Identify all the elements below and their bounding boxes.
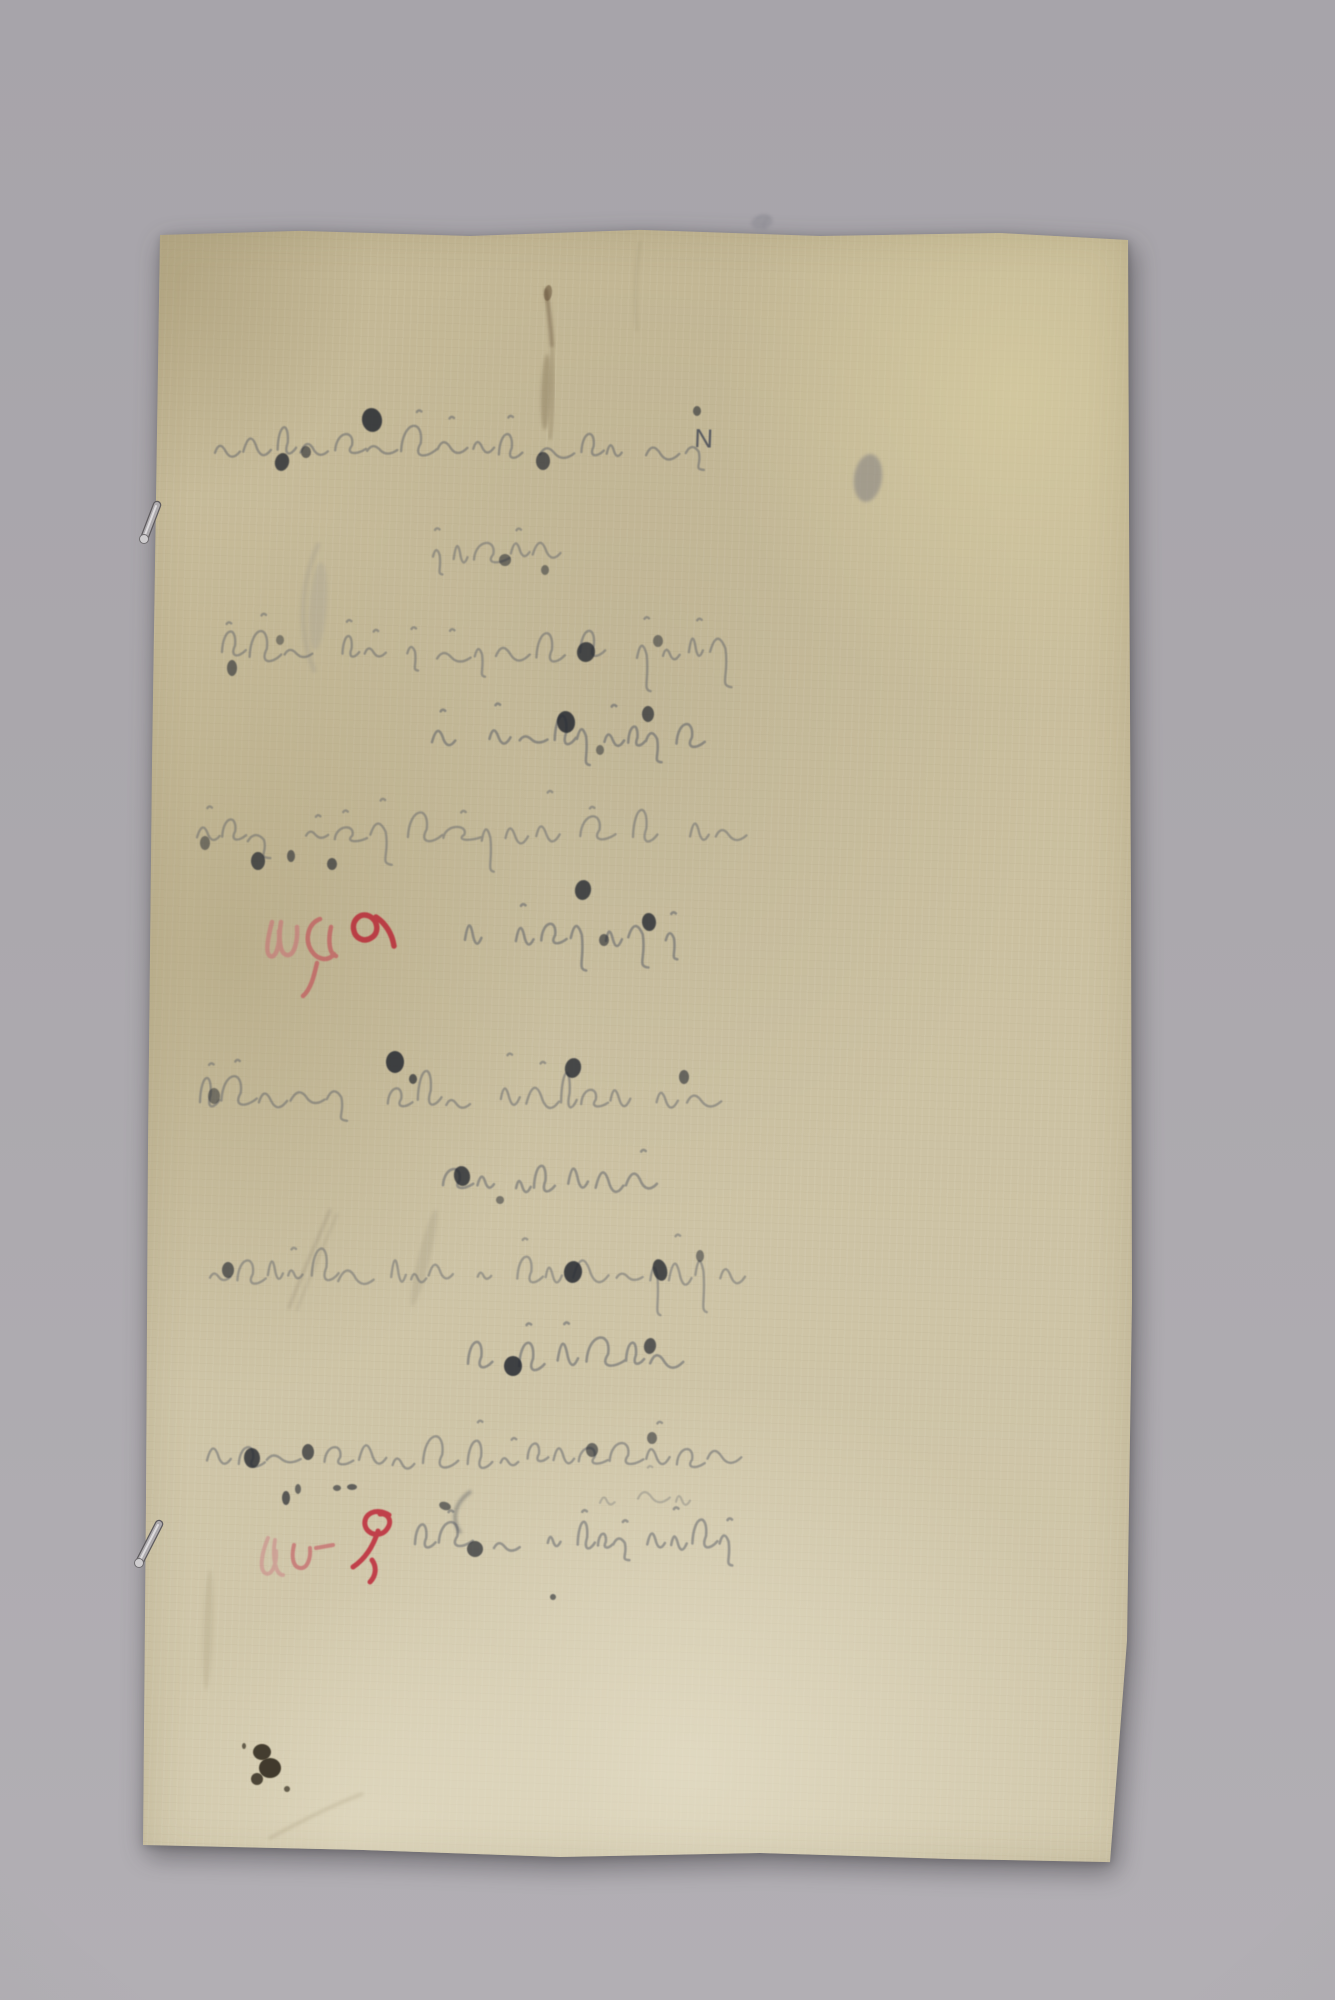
paper-shadow-wrap [140,226,1135,1866]
manuscript-page [140,226,1135,1866]
photo-backdrop: N [0,0,1335,2000]
